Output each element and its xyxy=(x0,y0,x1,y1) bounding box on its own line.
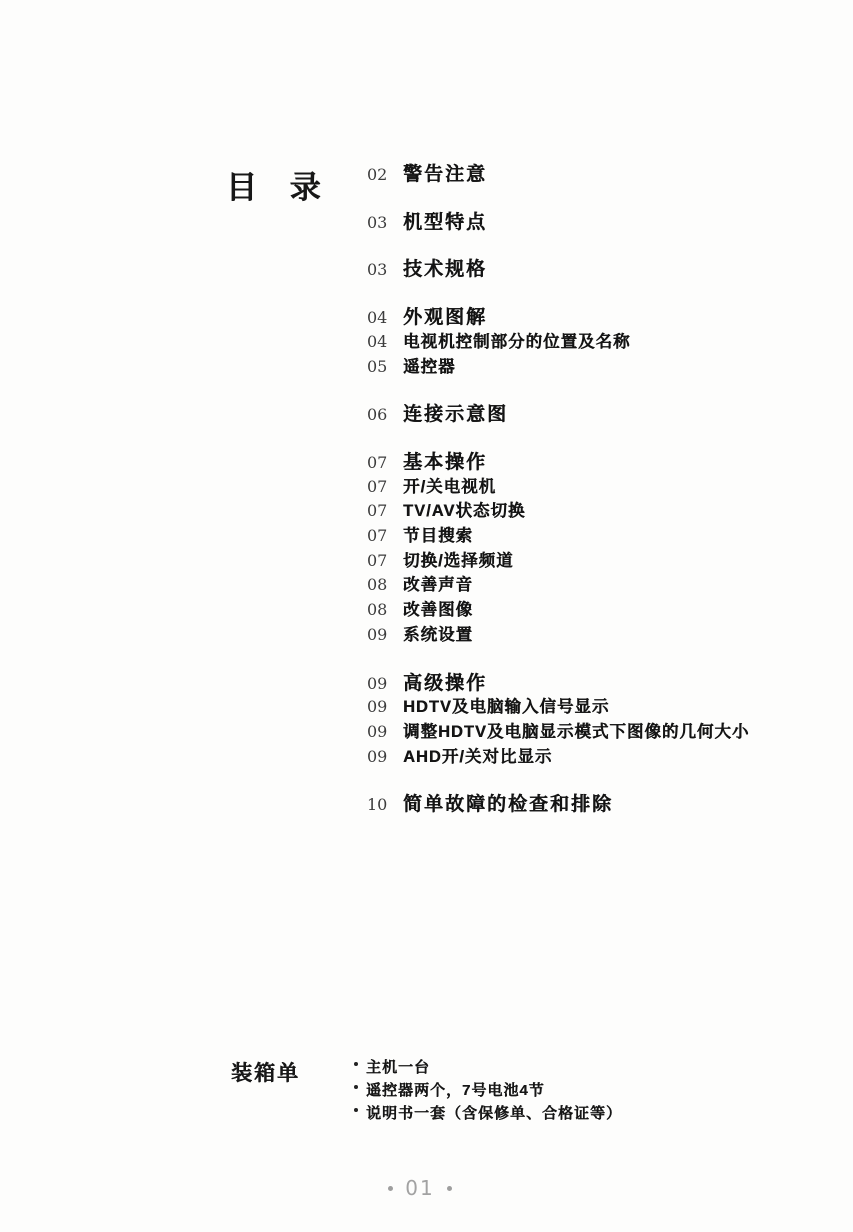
toc-entry-title: 切换/选择频道 xyxy=(403,550,514,574)
toc-entry: 03机型特点 xyxy=(367,211,837,235)
toc-entry-title: 节目搜索 xyxy=(403,525,473,549)
toc-entry-title: 改善声音 xyxy=(403,574,473,598)
toc-entry: 09HDTV及电脑输入信号显示 xyxy=(367,695,837,720)
toc-entry-title: 电视机控制部分的位置及名称 xyxy=(403,331,631,355)
bullet-dot xyxy=(354,1062,358,1066)
toc-entry: 07开/关电视机 xyxy=(367,475,837,500)
toc-entry: 04外观图解 xyxy=(367,306,837,330)
toc-section: 02警告注意 xyxy=(367,163,837,187)
toc-entry: 08改善图像 xyxy=(367,598,837,623)
toc-entry-title: 机型特点 xyxy=(403,211,487,235)
toc-section: 07基本操作07开/关电视机07TV/AV状态切换07节目搜索07切换/选择频道… xyxy=(367,451,837,648)
packing-item-text: 说明书一套（含保修单、合格证等） xyxy=(366,1102,622,1125)
packing-list-item: 遥控器两个，7号电池4节 xyxy=(354,1079,774,1102)
packing-list: 主机一台遥控器两个，7号电池4节说明书一套（含保修单、合格证等） xyxy=(354,1056,774,1125)
toc-section: 03技术规格 xyxy=(367,258,837,282)
toc-entry-page-number: 07 xyxy=(367,524,403,548)
toc-entry-title: TV/AV状态切换 xyxy=(403,500,525,524)
toc-entry: 03技术规格 xyxy=(367,258,837,282)
toc-entry: 08改善声音 xyxy=(367,573,837,598)
toc-entry-page-number: 03 xyxy=(367,258,403,282)
toc-entry: 07切换/选择频道 xyxy=(367,549,837,574)
toc-entry-title: 高级操作 xyxy=(403,672,487,696)
toc-entry-page-number: 07 xyxy=(367,475,403,499)
toc-entry-page-number: 04 xyxy=(367,330,403,354)
toc-entry: 04电视机控制部分的位置及名称 xyxy=(367,330,837,355)
toc-entry-page-number: 08 xyxy=(367,598,403,622)
packing-item-text: 遥控器两个，7号电池4节 xyxy=(366,1079,545,1102)
toc-entry-page-number: 07 xyxy=(367,499,403,523)
footer-dot-right xyxy=(447,1186,452,1191)
packing-list-item: 主机一台 xyxy=(354,1056,774,1079)
toc-entry: 10简单故障的检查和排除 xyxy=(367,793,837,817)
toc-entry: 05遥控器 xyxy=(367,355,837,380)
toc-entry-title: HDTV及电脑输入信号显示 xyxy=(403,696,609,720)
toc-entry-page-number: 07 xyxy=(367,549,403,573)
toc-entry-title: 遥控器 xyxy=(403,356,456,380)
toc-entry: 09系统设置 xyxy=(367,623,837,648)
toc-section: 03机型特点 xyxy=(367,211,837,235)
footer-dot-left xyxy=(388,1186,393,1191)
bullet-dot xyxy=(354,1108,358,1112)
toc-entry: 06连接示意图 xyxy=(367,403,837,427)
toc-entry-title: AHD开/关对比显示 xyxy=(403,746,552,770)
toc-entry-page-number: 09 xyxy=(367,695,403,719)
toc-entry-page-number: 09 xyxy=(367,745,403,769)
toc-entry-title: 警告注意 xyxy=(403,163,487,187)
toc-entry-page-number: 04 xyxy=(367,306,403,330)
toc-entry-title: 系统设置 xyxy=(403,624,473,648)
toc-entry: 09调整HDTV及电脑显示模式下图像的几何大小 xyxy=(367,720,837,745)
toc-section: 09高级操作09HDTV及电脑输入信号显示09调整HDTV及电脑显示模式下图像的… xyxy=(367,672,837,770)
toc-heading: 目 录 xyxy=(226,162,333,207)
toc-entry-page-number: 10 xyxy=(367,793,403,817)
toc-entry-page-number: 08 xyxy=(367,573,403,597)
toc-entry-page-number: 09 xyxy=(367,623,403,647)
toc-section: 10简单故障的检查和排除 xyxy=(367,793,837,817)
toc-entry-title: 改善图像 xyxy=(403,599,473,623)
toc-entry: 07TV/AV状态切换 xyxy=(367,499,837,524)
toc-entry-title: 外观图解 xyxy=(403,306,487,330)
toc-entry: 02警告注意 xyxy=(367,163,837,187)
toc-entry-title: 连接示意图 xyxy=(403,403,508,427)
toc-entry-page-number: 09 xyxy=(367,720,403,744)
toc-entry-title: 调整HDTV及电脑显示模式下图像的几何大小 xyxy=(403,721,749,745)
toc-entry-page-number: 05 xyxy=(367,355,403,379)
bullet-dot xyxy=(354,1085,358,1089)
toc-entry-title: 简单故障的检查和排除 xyxy=(403,793,613,817)
toc-entry-page-number: 02 xyxy=(367,163,403,187)
manual-toc-page: 目 录 02警告注意03机型特点03技术规格04外观图解04电视机控制部分的位置… xyxy=(0,0,853,1232)
packing-item-text: 主机一台 xyxy=(366,1056,430,1079)
page-footer: 01 xyxy=(0,1176,840,1200)
toc-entry-page-number: 09 xyxy=(367,672,403,696)
toc-entry-page-number: 03 xyxy=(367,211,403,235)
packing-list-item: 说明书一套（含保修单、合格证等） xyxy=(354,1102,774,1125)
toc-entry-page-number: 07 xyxy=(367,451,403,475)
toc-section: 06连接示意图 xyxy=(367,403,837,427)
toc-entry-page-number: 06 xyxy=(367,403,403,427)
packing-list-heading: 装箱单 xyxy=(231,1057,300,1087)
toc-entry: 09AHD开/关对比显示 xyxy=(367,745,837,770)
toc-entry-title: 基本操作 xyxy=(403,451,487,475)
toc-entry-title: 开/关电视机 xyxy=(403,476,496,500)
page-number: 01 xyxy=(405,1176,434,1200)
toc-list: 02警告注意03机型特点03技术规格04外观图解04电视机控制部分的位置及名称0… xyxy=(367,163,837,817)
toc-entry: 07节目搜索 xyxy=(367,524,837,549)
toc-entry: 07基本操作 xyxy=(367,451,837,475)
toc-section: 04外观图解04电视机控制部分的位置及名称05遥控器 xyxy=(367,306,837,379)
toc-entry: 09高级操作 xyxy=(367,672,837,696)
toc-entry-title: 技术规格 xyxy=(403,258,487,282)
